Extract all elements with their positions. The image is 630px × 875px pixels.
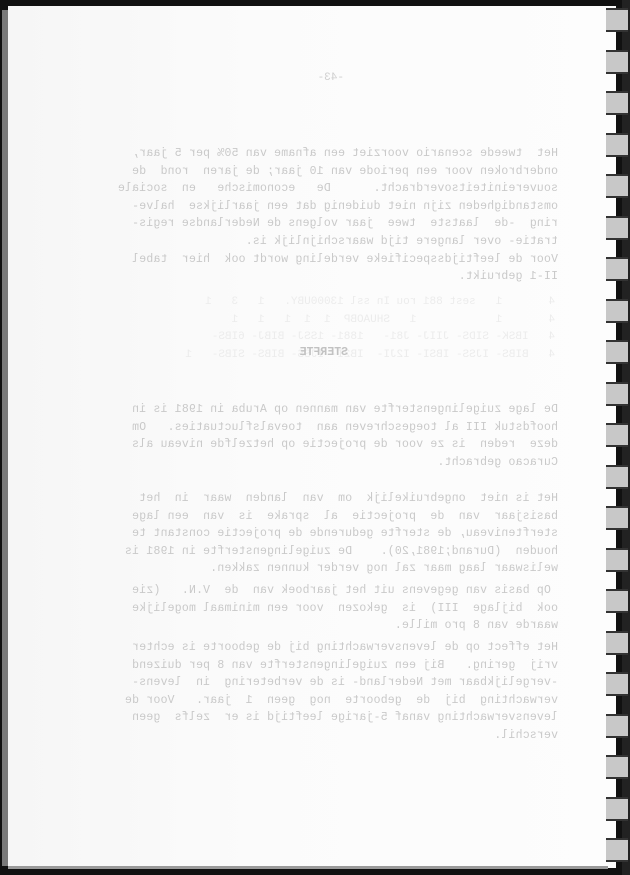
text-line: -vergelijkbaar met Nederland- is de verb…	[132, 676, 558, 689]
text-line: waarde van 8 pro mille.	[395, 619, 558, 632]
text-line: souvereiniteitsoverdracht. De economisch…	[118, 182, 558, 195]
text-line: tratie- over langere tijd waarschijnlijk…	[246, 235, 558, 248]
text-line: basisjaar van de projectie al sprake is …	[132, 510, 558, 523]
text-line: De lage zuigelingensterfte van mannen op…	[132, 403, 558, 416]
text-line: 4 IBSK- SIDS- JIIJ- J81- 1881- 1SSJ- BIB…	[212, 331, 555, 343]
text-line: houden (Durand;1981,20). De zuigelingens…	[125, 545, 558, 558]
text-line: Het effect op de levensverwachting bij d…	[132, 641, 558, 654]
text-line: verschil.	[494, 729, 558, 742]
text-line: 4 BIBS- IJSS- IBSI- I2JI- IB2I- IJSS- BI…	[185, 349, 555, 361]
text-line: sterfteniveau, de sterfte gedurende de p…	[132, 527, 558, 540]
text-line: Het is niet ongebruikelijk om van landen…	[139, 492, 558, 505]
section-heading: STERFTE	[300, 346, 348, 359]
text-line: hoofdstuk III al toegeschreven aan toeva…	[132, 421, 558, 434]
text-line: II-1 gebruikt.	[459, 270, 558, 283]
text-line: 4 1 1 SHUAOBP 1 1 1 1 1	[232, 314, 555, 326]
text-line: 4 1 sest 881 rou In ssl 13000UBY. 1 3 1	[205, 296, 555, 308]
page-number: -43-	[318, 72, 344, 84]
text-line: Curacao gebracht.	[437, 456, 558, 469]
text-line: omstandigheden zijn niet duidenig dat ee…	[132, 200, 558, 213]
mirrored-text-layer: -43- Het tweede scenario voorziet een af…	[0, 0, 630, 875]
text-line: onderbroken voor een periode van 10 jaar…	[132, 165, 558, 178]
text-line: Voor de leeftijdsspecifieke verdeling wo…	[132, 253, 558, 266]
text-line: ook bijlage III) is gekozen voor een min…	[132, 602, 558, 615]
text-line: Het tweede scenario voorziet een afname …	[132, 147, 558, 160]
text-line: deze reden is ze voor de projectie op he…	[132, 438, 558, 451]
text-line: levensverwachting vanaf 5-jarige leeftij…	[132, 711, 558, 724]
text-line: vrij gering. Bij een zuigelingensterfte …	[132, 659, 558, 672]
text-line: ring -de laatste twee jaar volgens de Ne…	[132, 217, 558, 230]
text-line: verwachting bij de geboorte nog geen 1 j…	[125, 694, 558, 707]
text-line: Op basis van gegevens uit het jaarboek v…	[132, 584, 558, 597]
text-line: weliswaar laag maar zal nog verder kunne…	[210, 562, 558, 575]
